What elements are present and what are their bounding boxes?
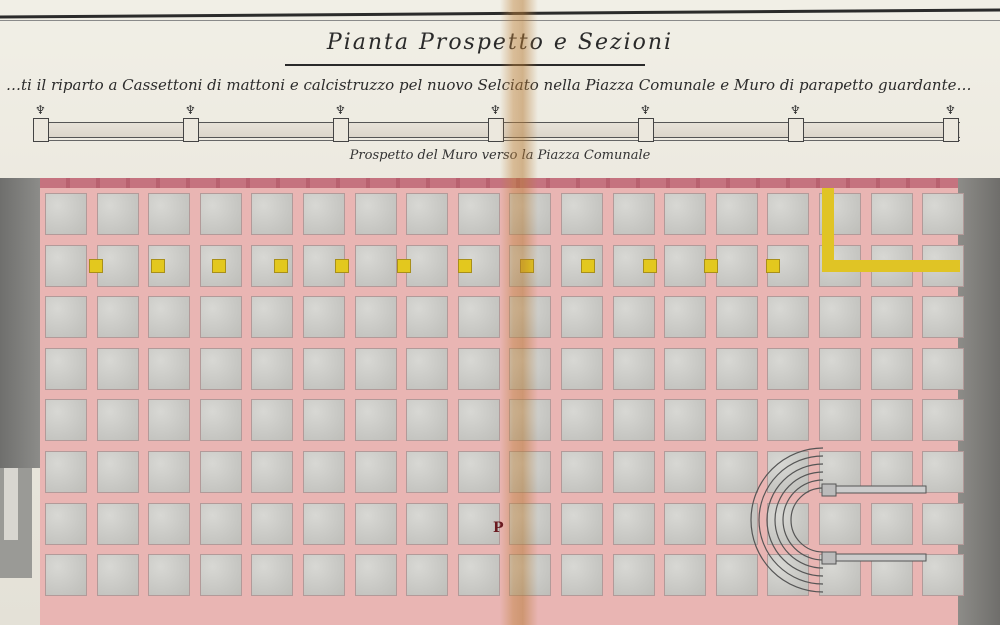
stone-coffer xyxy=(613,348,655,390)
stone-coffer xyxy=(355,245,397,287)
stone-coffer xyxy=(251,503,293,545)
yellow-line-horizontal xyxy=(822,260,960,272)
stone-coffer xyxy=(613,399,655,441)
statue-icon: ♆ xyxy=(335,102,345,118)
stone-coffer xyxy=(871,296,913,338)
stone-coffer xyxy=(664,554,706,596)
stone-coffer xyxy=(148,399,190,441)
stone-coffer xyxy=(97,399,139,441)
stone-coffer xyxy=(303,348,345,390)
statue-icon: ♆ xyxy=(945,102,955,118)
stone-coffer xyxy=(613,451,655,493)
stone-coffer xyxy=(251,399,293,441)
statue-icon: ♆ xyxy=(640,102,650,118)
stone-coffer xyxy=(664,193,706,235)
stone-coffer xyxy=(148,451,190,493)
stone-coffer xyxy=(561,193,603,235)
stone-coffer xyxy=(97,296,139,338)
stone-coffer xyxy=(251,451,293,493)
stone-coffer xyxy=(406,193,448,235)
yellow-marker xyxy=(398,260,410,272)
stone-coffer xyxy=(458,193,500,235)
statue-icon: ♆ xyxy=(490,102,500,118)
right-gray-zone xyxy=(958,178,1000,625)
stone-coffer xyxy=(45,348,87,390)
stone-coffer xyxy=(922,554,964,596)
stone-coffer xyxy=(664,296,706,338)
stone-coffer xyxy=(819,296,861,338)
pedestal xyxy=(638,118,654,142)
stone-coffer xyxy=(97,503,139,545)
stone-coffer xyxy=(45,451,87,493)
stone-coffer xyxy=(664,245,706,287)
stone-coffer xyxy=(767,399,809,441)
stone-coffer xyxy=(716,399,758,441)
stone-coffer xyxy=(303,451,345,493)
pedestal xyxy=(943,118,959,142)
paper-fold-crease xyxy=(500,0,538,625)
stone-coffer xyxy=(819,399,861,441)
stone-coffer xyxy=(251,193,293,235)
stone-coffer xyxy=(200,193,242,235)
stone-coffer xyxy=(561,348,603,390)
stone-coffer xyxy=(922,503,964,545)
stone-coffer xyxy=(200,348,242,390)
stone-coffer xyxy=(561,503,603,545)
stone-coffer xyxy=(45,399,87,441)
stone-coffer xyxy=(97,554,139,596)
stone-coffer xyxy=(613,193,655,235)
stone-coffer xyxy=(819,348,861,390)
stone-coffer xyxy=(922,451,964,493)
stone-coffer xyxy=(458,451,500,493)
stone-coffer xyxy=(45,245,87,287)
stone-coffer xyxy=(716,193,758,235)
stone-coffer xyxy=(200,296,242,338)
pedestal xyxy=(183,118,199,142)
stone-coffer xyxy=(922,296,964,338)
yellow-marker xyxy=(336,260,348,272)
stone-coffer xyxy=(561,554,603,596)
stone-coffer xyxy=(922,348,964,390)
left-steps-highlight xyxy=(4,468,18,540)
stone-coffer xyxy=(45,296,87,338)
yellow-marker xyxy=(90,260,102,272)
stone-coffer xyxy=(664,399,706,441)
yellow-marker xyxy=(644,260,656,272)
stone-coffer xyxy=(767,348,809,390)
stone-coffer xyxy=(716,296,758,338)
stone-coffer xyxy=(561,296,603,338)
stone-coffer xyxy=(355,554,397,596)
stone-coffer xyxy=(251,296,293,338)
stone-coffer xyxy=(251,245,293,287)
stone-coffer xyxy=(922,193,964,235)
stone-coffer xyxy=(45,554,87,596)
stone-coffer xyxy=(251,554,293,596)
stone-coffer xyxy=(871,399,913,441)
stone-coffer xyxy=(406,399,448,441)
stone-coffer xyxy=(458,296,500,338)
brick-border-top xyxy=(40,178,958,188)
yellow-marker xyxy=(705,260,717,272)
stone-coffer xyxy=(613,296,655,338)
stone-coffer xyxy=(355,503,397,545)
stone-coffer xyxy=(303,554,345,596)
stone-coffer xyxy=(355,399,397,441)
stone-coffer xyxy=(97,451,139,493)
stone-coffer xyxy=(561,451,603,493)
left-gray-zone xyxy=(0,178,40,468)
title-underline xyxy=(285,64,645,66)
stone-coffer xyxy=(355,193,397,235)
stone-coffer xyxy=(303,503,345,545)
pedestal xyxy=(33,118,49,142)
stone-coffer xyxy=(355,348,397,390)
stone-coffer xyxy=(148,503,190,545)
yellow-marker xyxy=(767,260,779,272)
stone-coffer xyxy=(664,503,706,545)
stone-coffer xyxy=(200,554,242,596)
stone-coffer xyxy=(97,245,139,287)
yellow-marker xyxy=(213,260,225,272)
stone-coffer xyxy=(45,193,87,235)
stone-coffer xyxy=(45,503,87,545)
yellow-marker xyxy=(582,260,594,272)
statue-icon: ♆ xyxy=(790,102,800,118)
stone-coffer xyxy=(200,503,242,545)
stone-coffer xyxy=(200,399,242,441)
semicircular-stair xyxy=(728,440,928,600)
stone-coffer xyxy=(251,348,293,390)
stone-coffer xyxy=(148,193,190,235)
drawing-sheet: Pianta Prospetto e Sezioni …ti il ripart… xyxy=(0,0,1000,625)
stone-coffer xyxy=(303,193,345,235)
stone-coffer xyxy=(406,554,448,596)
stone-coffer xyxy=(148,296,190,338)
stone-coffer xyxy=(303,399,345,441)
stone-coffer xyxy=(664,451,706,493)
stone-coffer xyxy=(406,348,448,390)
stone-coffer xyxy=(767,193,809,235)
stone-coffer xyxy=(406,245,448,287)
stone-coffer xyxy=(458,554,500,596)
stone-coffer xyxy=(716,348,758,390)
stone-coffer xyxy=(767,296,809,338)
stone-coffer xyxy=(664,348,706,390)
stone-coffer xyxy=(406,296,448,338)
stone-coffer xyxy=(355,296,397,338)
pedestal xyxy=(788,118,804,142)
stone-coffer xyxy=(871,348,913,390)
stone-coffer xyxy=(200,451,242,493)
stone-coffer xyxy=(406,451,448,493)
statue-icon: ♆ xyxy=(185,102,195,118)
stone-coffer xyxy=(355,451,397,493)
stone-coffer xyxy=(613,554,655,596)
stone-coffer xyxy=(97,348,139,390)
plan-letter-mark: P xyxy=(493,520,504,536)
statue-icon: ♆ xyxy=(35,102,45,118)
stone-coffer xyxy=(458,399,500,441)
stone-coffer xyxy=(561,399,603,441)
yellow-marker xyxy=(275,260,287,272)
stone-coffer xyxy=(303,296,345,338)
stone-coffer xyxy=(871,193,913,235)
stone-coffer xyxy=(97,193,139,235)
stone-coffer xyxy=(458,348,500,390)
stone-coffer xyxy=(148,348,190,390)
stone-coffer xyxy=(716,245,758,287)
stone-coffer xyxy=(148,554,190,596)
yellow-line-vertical xyxy=(822,188,834,270)
yellow-marker xyxy=(459,260,471,272)
pedestal xyxy=(333,118,349,142)
stone-coffer xyxy=(406,503,448,545)
yellow-marker xyxy=(152,260,164,272)
stone-coffer xyxy=(922,399,964,441)
stone-coffer xyxy=(613,503,655,545)
